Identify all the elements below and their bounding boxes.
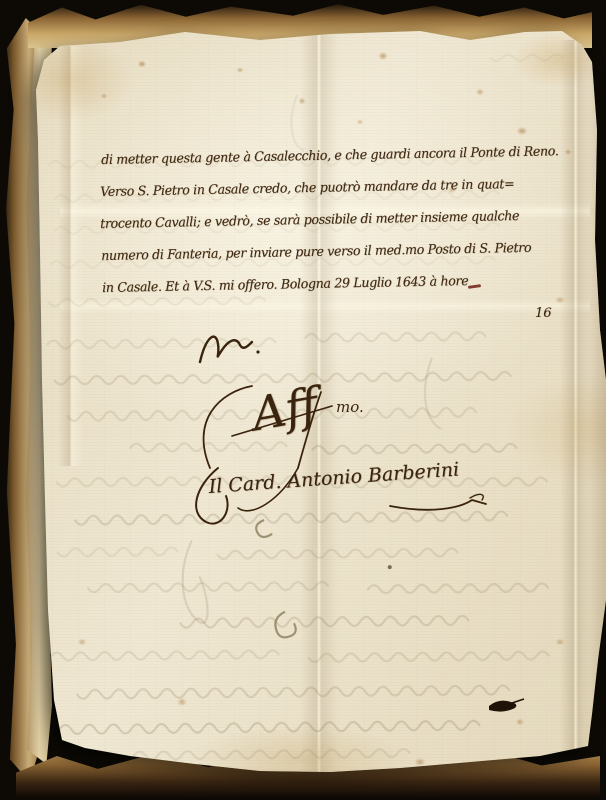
letter-ink-layer: di metter questa gente à Casalecchio, e … [0,0,606,800]
manuscript-scan: di metter questa gente à Casalecchio, e … [0,0,606,800]
page-wrap: di metter questa gente à Casalecchio, e … [0,0,606,800]
manuscript-page: di metter questa gente à Casalecchio, e … [0,0,606,800]
ink-blot [0,0,606,800]
ink-blot-tail [512,699,524,703]
